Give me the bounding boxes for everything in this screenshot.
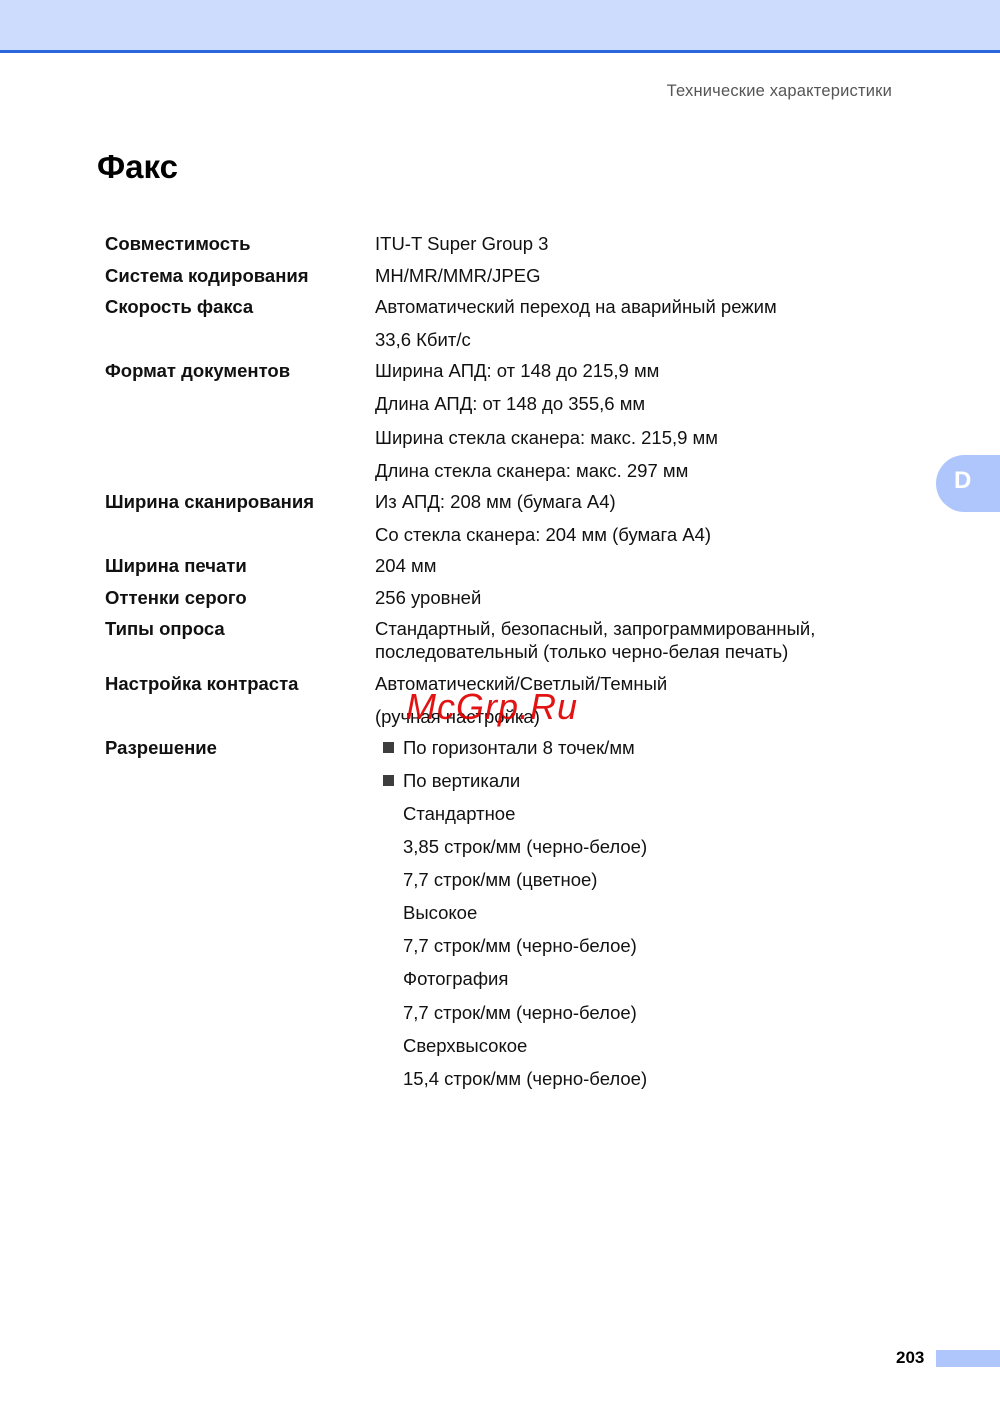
spec-label-polling-types: Типы опроса xyxy=(105,618,225,640)
chapter-tab-label: D xyxy=(954,467,971,495)
spec-sub-value: 7,7 строк/мм (черно-белое) xyxy=(403,935,637,957)
spec-bullet: По вертикали xyxy=(403,770,520,792)
spec-sub-value: 7,7 строк/мм (черно-белое) xyxy=(403,1002,637,1024)
spec-sub-value: 15,4 строк/мм (черно-белое) xyxy=(403,1068,647,1090)
spec-value: Стандартный, безопасный, запрограммирова… xyxy=(375,618,815,640)
page-number: 203 xyxy=(896,1348,924,1368)
spec-value: ITU-T Super Group 3 xyxy=(375,233,548,255)
spec-label-compatibility: Совместимость xyxy=(105,233,250,255)
spec-sub-value: Сверхвысокое xyxy=(403,1035,527,1057)
chapter-tab[interactable]: D xyxy=(936,455,1000,512)
bullet-square-icon xyxy=(383,775,394,786)
spec-sub-value: Стандартное xyxy=(403,803,515,825)
spec-sub-value: 7,7 строк/мм (цветное) xyxy=(403,869,597,891)
spec-label-document-size: Формат документов xyxy=(105,360,290,382)
running-head: Технические характеристики xyxy=(667,82,892,101)
spec-sub-value: Фотография xyxy=(403,968,508,990)
header-band xyxy=(0,0,1000,50)
spec-value: последовательный (только черно-белая печ… xyxy=(375,641,788,663)
spec-label-print-width: Ширина печати xyxy=(105,555,247,577)
spec-value: Ширина АПД: от 148 до 215,9 мм xyxy=(375,360,659,382)
spec-sub-value: Высокое xyxy=(403,902,477,924)
spec-label-fax-speed: Скорость факса xyxy=(105,296,253,318)
spec-bullet: По горизонтали 8 точек/мм xyxy=(403,737,635,759)
spec-value: 33,6 Кбит/с xyxy=(375,329,471,351)
spec-value: 204 мм xyxy=(375,555,436,577)
spec-value: Со стекла сканера: 204 мм (бумага A4) xyxy=(375,524,711,546)
spec-label-coding: Система кодирования xyxy=(105,265,309,287)
spec-value: Ширина стекла сканера: макс. 215,9 мм xyxy=(375,427,718,449)
spec-label-scan-width: Ширина сканирования xyxy=(105,491,314,513)
spec-value: 256 уровней xyxy=(375,587,481,609)
bullet-square-icon xyxy=(383,742,394,753)
spec-label-contrast: Настройка контраста xyxy=(105,673,298,695)
spec-value: MH/MR/MMR/JPEG xyxy=(375,265,540,287)
spec-value: Из АПД: 208 мм (бумага A4) xyxy=(375,491,616,513)
header-rule xyxy=(0,50,1000,53)
spec-label-resolution: Разрешение xyxy=(105,737,217,759)
page-footer-bar xyxy=(936,1350,1000,1367)
spec-value: Длина АПД: от 148 до 355,6 мм xyxy=(375,393,645,415)
spec-value: Автоматический переход на аварийный режи… xyxy=(375,296,777,318)
spec-label-grayscale: Оттенки серого xyxy=(105,587,247,609)
watermark: McGrp.Ru xyxy=(406,686,578,728)
spec-sub-value: 3,85 строк/мм (черно-белое) xyxy=(403,836,647,858)
page-title: Факс xyxy=(97,148,178,186)
spec-value: Длина стекла сканера: макс. 297 мм xyxy=(375,460,688,482)
